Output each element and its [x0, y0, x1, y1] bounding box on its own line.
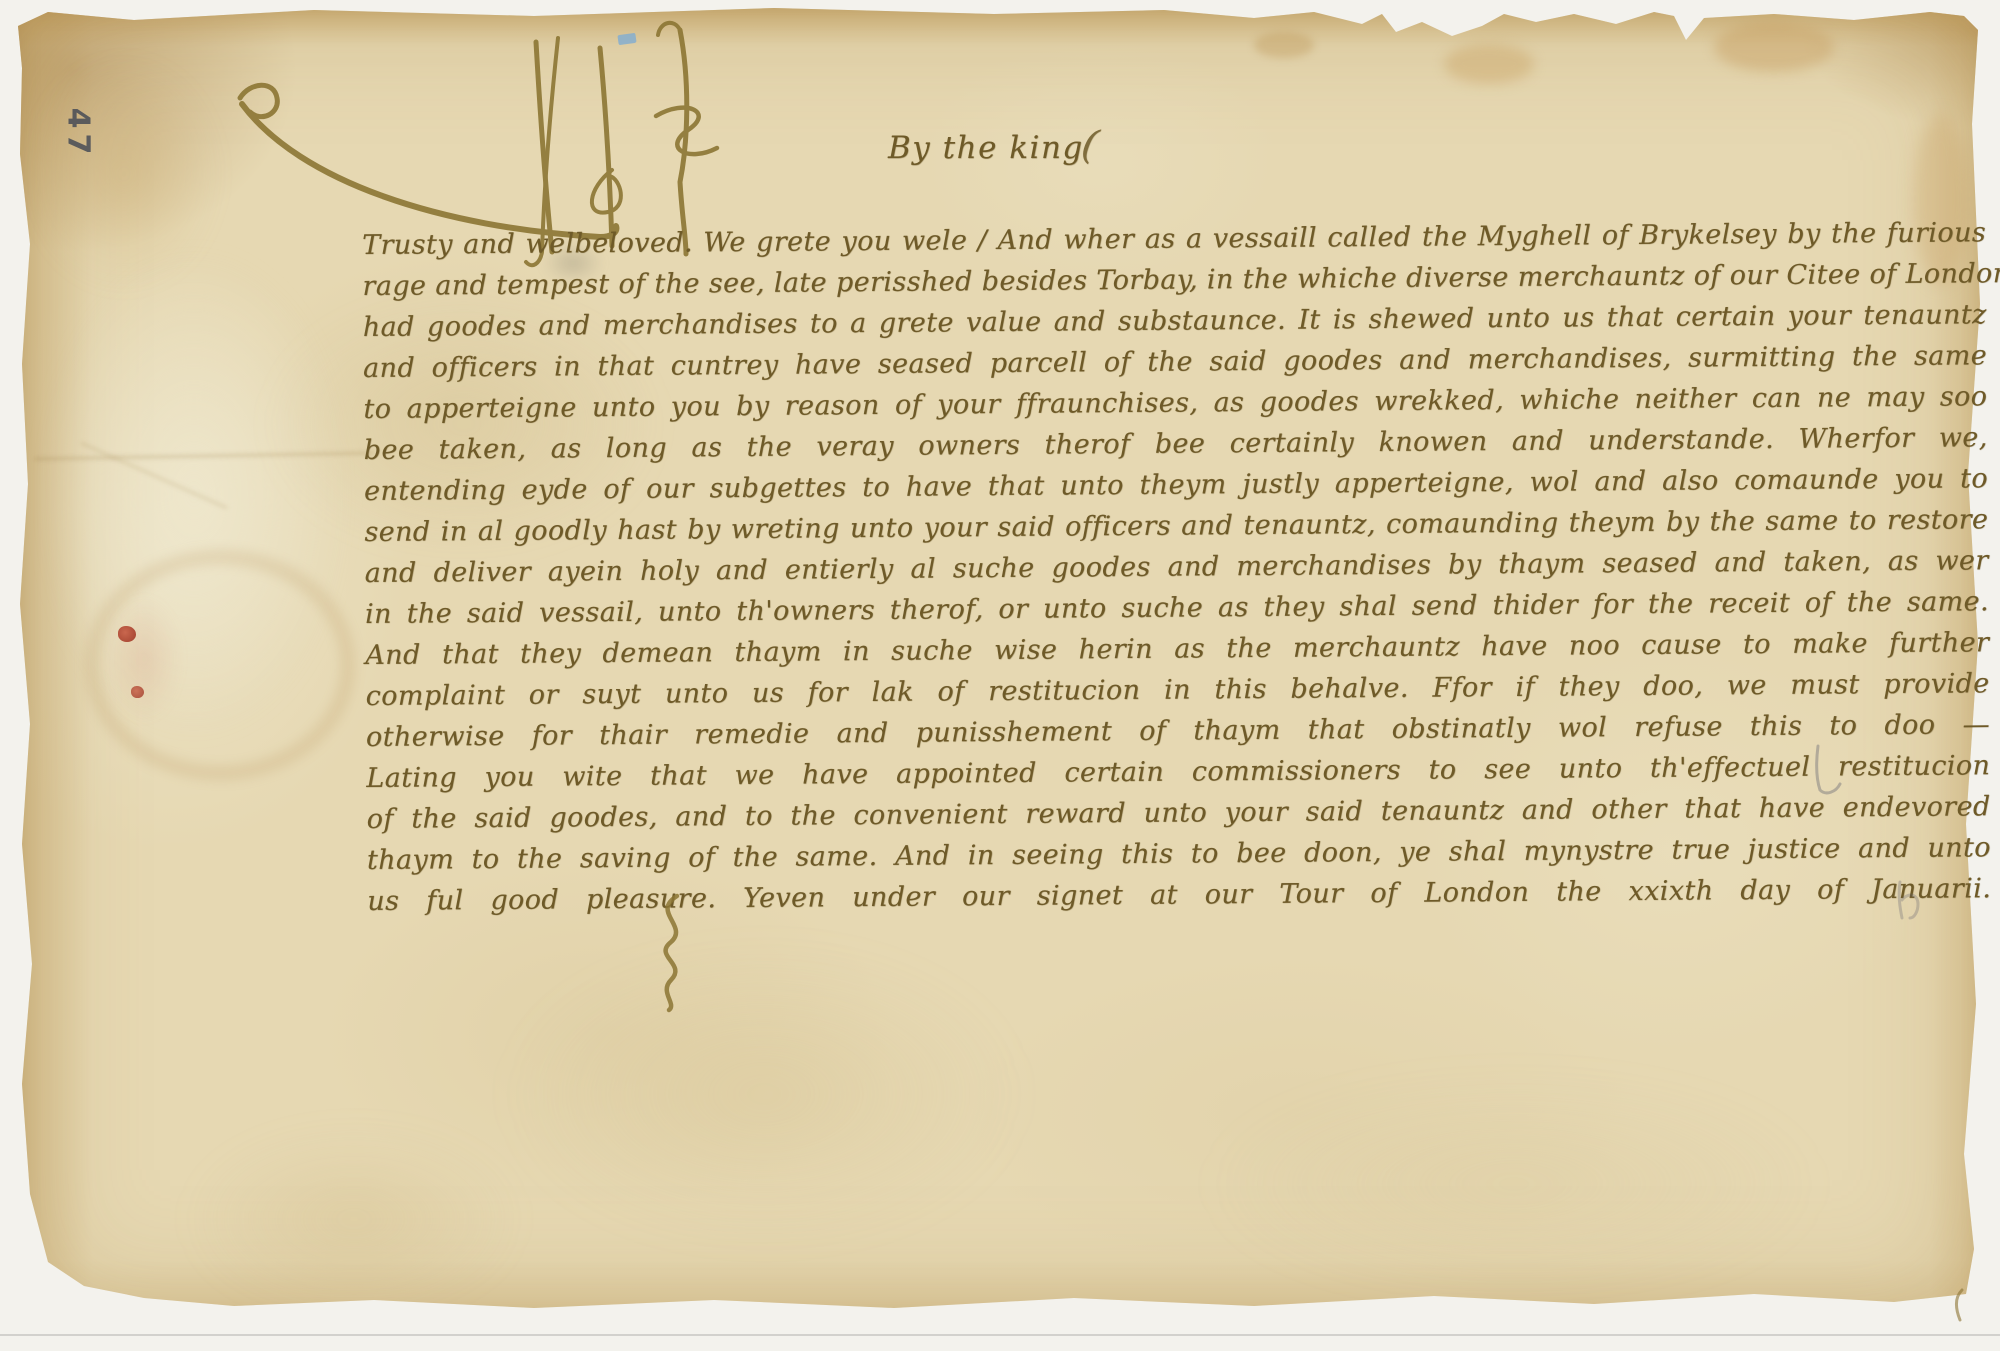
letter-body: Trusty and welbeloved. We grete you wele…: [362, 217, 1992, 970]
letter-heading: By the king: [888, 130, 1084, 166]
scanner-artifact-line: [0, 1334, 2000, 1336]
margin-number: 47: [60, 108, 95, 160]
corner-ink-mark: [1946, 1288, 1974, 1324]
pencil-mark: [1890, 878, 1926, 922]
scan-background: 47 By the king ( Trusty and welbeloved. …: [0, 0, 2000, 1351]
wax-seal-spot: [131, 686, 144, 698]
pencil-mark: [1806, 742, 1846, 798]
wax-seal-spot: [118, 626, 136, 642]
paraph-flourish: [635, 890, 705, 1015]
